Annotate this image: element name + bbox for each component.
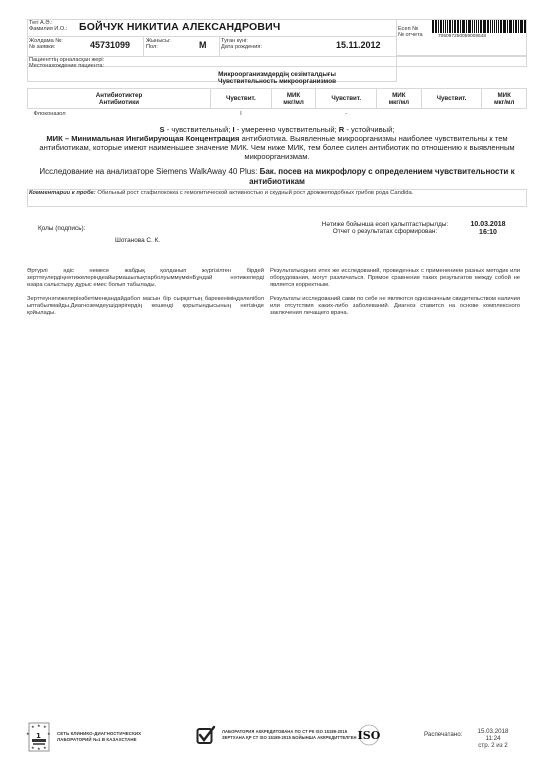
name-label: Тегі А.Ә.: Фамилия И.О.: bbox=[29, 20, 67, 33]
lab-network-text: СЕТЬ КЛИНИКО-ДИАГНОСТИЧЕСКИХ ЛАБОРАТОРИЙ… bbox=[57, 731, 141, 743]
sensitivity-value bbox=[421, 109, 482, 120]
svg-text:1: 1 bbox=[36, 732, 41, 740]
col-mic-3: МИКмкг/мл bbox=[482, 89, 527, 109]
report-formed-datetime: 10.03.2018 16:10 bbox=[462, 221, 514, 237]
col-sensitivity-3: Чувствит. bbox=[421, 89, 482, 109]
section-title: Микроорганизмдердің сезімталдығы Чувстви… bbox=[27, 71, 527, 85]
disclaimer-kz-1: Әртүрлі әдіс немесе жабдық қолданып жүрг… bbox=[27, 268, 264, 289]
study-title: Исследование на анализаторе Siemens Walk… bbox=[27, 167, 527, 187]
sensitivity-value: - bbox=[316, 109, 377, 120]
patient-name: БОЙЧУК НИКИТИА АЛЕКСАНДРОВИЧ bbox=[79, 21, 281, 33]
svg-text:★: ★ bbox=[31, 724, 35, 729]
col-sensitivity-1: Чувствит. bbox=[211, 89, 272, 109]
svg-text:★: ★ bbox=[26, 731, 30, 736]
antibiotic-name: Флоконазол bbox=[28, 109, 211, 120]
lab-network-logo-icon: ★★★ ★★ ★★★ 1 bbox=[26, 722, 52, 752]
col-sensitivity-2: Чувствит. bbox=[316, 89, 377, 109]
signature-name: Шотанова С. К. bbox=[115, 237, 160, 244]
printed-label: Распечатано: bbox=[424, 731, 462, 738]
order-label: Жолдама №: № заявки: bbox=[29, 38, 63, 51]
disclaimer-ru-1: Результатыодних итех же исследований, пр… bbox=[270, 268, 520, 289]
svg-text:★: ★ bbox=[31, 745, 35, 750]
report-number: 706097250059008548 bbox=[438, 34, 486, 39]
mic-value bbox=[377, 109, 422, 120]
printed-info: 15.03.2018 11:24 стр. 2 из 2 bbox=[468, 728, 518, 749]
order-number: 45731099 bbox=[90, 40, 130, 50]
report-label: Есеп № № отчета bbox=[398, 26, 423, 39]
dob-value: 15.11.2012 bbox=[336, 40, 381, 50]
sensitivity-table: Антибиотиктер Антибиотики Чувствит. МИКм… bbox=[27, 88, 527, 119]
report-barcode bbox=[432, 20, 527, 33]
report-formed-labels: Нәтиже бойынша есеп қалыптастырылды: Отч… bbox=[310, 221, 460, 236]
sex-label: Жынысы: Пол: bbox=[146, 38, 171, 51]
svg-text:★: ★ bbox=[37, 746, 41, 751]
mic-value bbox=[482, 109, 527, 120]
disclaimer-kz-2: Зерттеунәтижелеріөзбетіменқандайдабол ма… bbox=[27, 296, 264, 317]
svg-text:★: ★ bbox=[43, 745, 47, 750]
mic-value bbox=[271, 109, 316, 120]
svg-text:★: ★ bbox=[37, 723, 41, 728]
legend-keys: S - чувствительный; I - умеренно чувстви… bbox=[27, 125, 527, 134]
svg-text:★: ★ bbox=[43, 724, 47, 729]
table-header-row: Антибиотиктер Антибиотики Чувствит. МИКм… bbox=[28, 89, 527, 109]
signature-label: Қолы (подпись): bbox=[38, 225, 85, 232]
sensitivity-value: I bbox=[211, 109, 272, 120]
table-row: Флоконазол I - bbox=[28, 109, 527, 120]
col-mic-1: МИКмкг/мл bbox=[271, 89, 316, 109]
iso-logo-icon: ISO bbox=[355, 723, 383, 747]
disclaimer-ru-2: Результаты исследований сами по себе не … bbox=[270, 296, 520, 317]
col-mic-2: МИКмкг/мл bbox=[377, 89, 422, 109]
mic-explanation: МИК – Минимальная Ингибирующая Концентра… bbox=[27, 134, 527, 162]
col-antibiotics: Антибиотиктер Антибиотики bbox=[28, 89, 211, 109]
dob-label: Туған күні: Дата рождения: bbox=[221, 38, 262, 51]
accreditation-text: ЛАБОРАТОРИЯ АККРЕДИТОВАНА ПО СТ РК ISO 1… bbox=[222, 729, 357, 741]
comment: Комментарии к пробе: Обильный рост стафи… bbox=[29, 190, 523, 197]
svg-text:ISO: ISO bbox=[358, 729, 381, 742]
accreditation-check-icon bbox=[196, 725, 216, 745]
location-label: Пациенттің орналасқан жері: Местонахожде… bbox=[29, 57, 104, 70]
svg-text:★: ★ bbox=[47, 731, 51, 736]
sex-value: М bbox=[199, 40, 207, 50]
